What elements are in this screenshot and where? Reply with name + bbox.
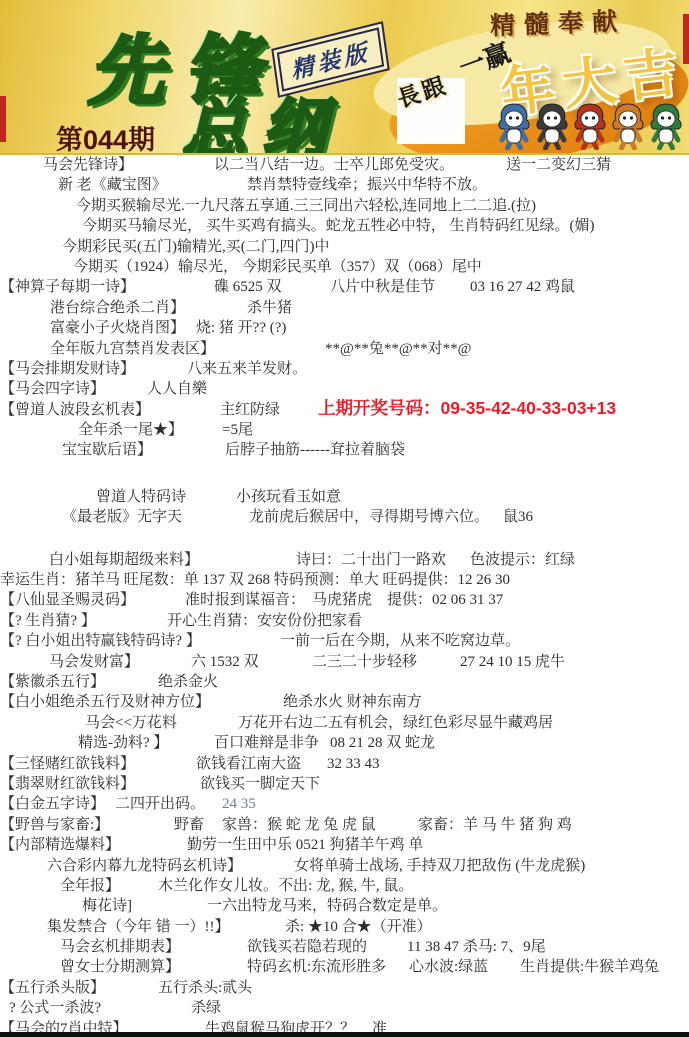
text-part: 杀绿 (191, 998, 221, 1018)
text-part: 杀: ★10 合★（开准） (285, 917, 432, 937)
body-line: 【三怪赌红欲钱料】欲钱看江南大盗32 33 43 (0, 754, 689, 774)
body-lines: 马会先锋诗】以二当八结一边。士卒儿郎免受灾。送一二变幻三猜新 老《藏宝图》禁肖禁… (0, 155, 689, 1037)
text-part: 野畜 (174, 815, 204, 835)
body-line: 全年报】木兰化作女儿妆。不出: 龙, 猴, 牛, 鼠。 (0, 876, 689, 896)
fuwa-red-mascot-icon (573, 102, 607, 150)
text-part: 32 33 43 (327, 754, 380, 774)
text-part: 生肖提供:牛猴羊鸡兔 (520, 957, 659, 977)
text-part: 【神算子每期一诗】 (0, 277, 135, 297)
body-line: 精选-劲料? 】百口难辩是非争08 21 28 双 蛇龙 (0, 733, 689, 753)
body-line: 马会<<万花料万花开右边二五有机会，绿红色彩尽显牛藏鸡居 (0, 713, 689, 733)
text-part: 百口难辩是非争 (214, 733, 319, 753)
text-part: 欲钱买一脚定天下 (200, 774, 320, 794)
text-part: 马会玄机排期表】 (60, 937, 180, 957)
fuwa-orange-mascot-icon (611, 102, 645, 150)
text-part: 六 1532 双 (191, 652, 259, 672)
text-part: 绝杀水火 财神东南方 (283, 692, 422, 712)
text-part: 提供：02 06 31 37 (387, 590, 503, 610)
text-part: 【内部精选爆料】 (0, 835, 120, 855)
body-line: ? 公式一杀波?杀绿 (0, 998, 689, 1018)
text-part: 鼠36 (503, 507, 533, 527)
text-part: 马会<<万花料 (85, 713, 177, 733)
slogan-text: 精髓奉献 (489, 2, 626, 43)
body-line: 马会先锋诗】以二当八结一边。士卒儿郎免受灾。送一二变幻三猜 (0, 155, 689, 175)
body-line: 【五行杀头版】五行杀头:贰头 (0, 978, 689, 998)
text-part: 今期买猴输尽光.一九尺落五享通.三三同出六轻松,连同地上二二追.(拉) (76, 196, 536, 216)
text-part: 特码玄机:东流形胜多 (247, 957, 386, 977)
body-line: 【内部精选爆料】勤劳一生田中乐 0521 狗猪羊午鸡 单 (0, 835, 689, 855)
text-part: 24 35 (222, 794, 256, 814)
issue-number: 第044期 (56, 118, 155, 155)
text-part: 马会先锋诗】 (43, 155, 133, 175)
text-part: 人人自樂 (147, 379, 207, 399)
body-line: 《最老版》无字天龙前虎后猴居中，寻得期号博六位。鼠36 (0, 507, 689, 527)
text-part: 后脖子抽筋------耷拉着脑袋 (225, 440, 405, 460)
text-part: ? 公式一杀波? (9, 998, 101, 1018)
mascots-row (497, 102, 683, 150)
previous-draw-numbers: 上期开奖号码：09-35-42-40-33-03+13 (318, 398, 616, 418)
text-part: 03 16 27 42 鸡鼠 (470, 277, 575, 297)
text-part: 【白小姐绝杀五行及财神方位】 (0, 692, 210, 712)
text-part: 女将单骑士战场, 手持双刀把敌伤 (牛龙虎猴) (294, 856, 585, 876)
text-part: 梅花诗] (82, 896, 132, 916)
text-part: 全年版九宫禁肖发表区】 (50, 339, 215, 359)
text-part: 龙前虎后猴居中，寻得期号博六位。 (249, 507, 489, 527)
fuwa-panda-mascot-icon (535, 102, 569, 150)
text-part: 港台综合绝杀二肖】 (50, 298, 185, 318)
body-line: 今期买猴输尽光.一九尺落五享通.三三同出六轻松,连同地上二二追.(拉) (0, 196, 689, 216)
text-part: 今期彩民买(五门)输精光,买(二门,四门)中 (62, 237, 329, 257)
body-line: 曾女士分期测算】特码玄机:东流形胜多心水波:绿蓝生肖提供:牛猴羊鸡兔 (0, 957, 689, 977)
text-part: 禁肖禁特壹线牵；振兴中华特不放。 (247, 175, 487, 195)
body-line: 【马会四字诗】人人自樂 (0, 379, 689, 399)
text-part: 【马会排期发财诗】 (0, 359, 135, 379)
text-part: 欲钱买若隐若现的 (247, 937, 367, 957)
text-part: 家畜：羊 马 牛 猪 狗 鸡 (418, 815, 572, 835)
text-part: 准时报到谋福音： (185, 590, 305, 610)
body-line: 【白金五字诗】二四开出码。24 35 (0, 794, 689, 814)
text-part: 五行杀头:贰头 (158, 978, 252, 998)
text-part: 杀牛猪 (247, 298, 292, 318)
text-part: 今期买（1924）输尽光， 今期彩民买单（357）双（068）尾中 (73, 257, 482, 277)
text-part: 色波提示：红绿 (470, 550, 575, 570)
body-line: 今期买马输尽光， 买牛买鸡有搞头。蛇龙五牲必中特， 生肖特码红见绿。(媚) (0, 216, 689, 236)
body-line: 【马会排期发财诗】八来五来羊发财。 (0, 359, 689, 379)
text-part: 【紫徽杀五行】 (0, 672, 105, 692)
text-part: 以二当八结一边。士卒儿郎免受灾。 (214, 155, 454, 175)
body-line: 幸运生肖：猪羊马 旺尾数：单 137 双 268 特码预测：单大 旺码提供：12… (0, 570, 689, 590)
bottom-black-bar (0, 1032, 689, 1037)
text-part: 白小姐每期超级来料】 (49, 550, 199, 570)
text-part: 八来五来羊发财。 (187, 359, 307, 379)
text-part: 开心生肖猜：安安份份把家看 (167, 611, 362, 631)
body-line: 港台综合绝杀二肖】杀牛猪 (0, 298, 689, 318)
body-line: 全年杀一尾★】=5尾 (0, 420, 689, 440)
text-part: 万花开右边二五有机会，绿红色彩尽显牛藏鸡居 (238, 713, 553, 733)
text-part: 家兽：猴 蛇 龙 兔 虎 鼠 (222, 815, 376, 835)
text-part: 【马会四字诗】 (0, 379, 105, 399)
body-line: 【翡翠财红欲钱料】欲钱买一脚定天下 (0, 774, 689, 794)
text-part: 【三怪赌红欲钱料】 (0, 754, 135, 774)
text-part: 曾女士分期测算】 (60, 957, 180, 977)
body-line: 【? 白小姐出特赢钱特码诗? 】一前一后在今期，从来不吃窝边草。 (0, 631, 689, 651)
masthead-title-line2: 总纲 (182, 78, 342, 155)
body-line: 马会发财富】六 1532 双二三二十步轻移27 24 10 15 虎牛 (0, 652, 689, 672)
body-line: 白小姐每期超级来料】诗曰：二十出门一路欢色波提示：红绿 (0, 550, 689, 570)
body-line: 【神算子每期一诗】磼 6525 双八片中秋是佳节03 16 27 42 鸡鼠 (0, 277, 689, 297)
text-part: 曾道人特码诗 (96, 487, 186, 507)
text-part: 全年杀一尾★】 (78, 420, 183, 440)
text-part: 磼 6525 双 (214, 277, 282, 297)
text-part: 烧: 猪 开?? (?) (196, 318, 286, 338)
text-part: 08 21 28 双 蛇龙 (330, 733, 435, 753)
text-part: 勤劳一生田中乐 0521 狗猪羊午鸡 单 (187, 835, 423, 855)
text-part: =5尾 (222, 420, 253, 440)
text-part: 一六出特龙马来，特码合数定是单。 (207, 896, 447, 916)
body-line: 【曾道人波段玄机表】主红防绿上期开奖号码：09-35-42-40-33-03+1… (0, 400, 689, 420)
text-part: 新 老《藏宝图》 (58, 175, 167, 195)
text-part: 【? 白小姐出特赢钱特码诗? 】 (0, 631, 201, 651)
text-part: 【野兽与家畜:】 (0, 815, 109, 835)
text-part: 六合彩内幕九龙特码玄机诗】 (47, 856, 242, 876)
text-part: 马会发财富】 (49, 652, 139, 672)
text-part: 今期买马输尽光， 买牛买鸡有搞头。蛇龙五牲必中特， 生肖特码红见绿。(媚) (82, 216, 595, 236)
text-part: 精选-劲料? 】 (78, 733, 168, 753)
text-part: 欲钱看江南大盗 (196, 754, 301, 774)
text-part: 《最老版》无字天 (62, 507, 182, 527)
text-part: 全年报】 (60, 876, 120, 896)
text-part: 一前一后在今期，从来不吃窝边草。 (280, 631, 520, 651)
text-part: 送一二变幻三猜 (506, 155, 611, 175)
text-part: 心水波:绿蓝 (409, 957, 488, 977)
text-part: 27 24 10 15 虎牛 (460, 652, 565, 672)
text-part: 主红防绿 (220, 400, 280, 420)
right-edge-red-mark (683, 14, 689, 64)
text-part: 木兰化作女儿妆。不出: 龙, 猴, 牛, 鼠。 (158, 876, 413, 896)
text-part: 绝杀金火 (158, 672, 218, 692)
body-line: 【白小姐绝杀五行及财神方位】绝杀水火 财神东南方 (0, 692, 689, 712)
text-part: 宝宝歇后语】 (62, 440, 152, 460)
body-line: 今期买（1924）输尽光， 今期彩民买单（357）双（068）尾中 (0, 257, 689, 277)
text-part: 诗曰：二十出门一路欢 (296, 550, 446, 570)
text-part: 【五行杀头版】 (0, 978, 105, 998)
text-part: 【八仙显圣赐灵码】 (0, 590, 135, 610)
text-part: 二三二十步轻移 (312, 652, 417, 672)
text-part: 集发禁合（今年 错 一）!!】 (47, 917, 230, 937)
text-part: 【翡翠财红欲钱料】 (0, 774, 135, 794)
text-part: 八片中秋是佳节 (330, 277, 435, 297)
body-line: 曾道人特码诗小孩玩看玉如意 (0, 487, 689, 507)
body-line: 集发禁合（今年 错 一）!!】杀: ★10 合★（开准） (0, 917, 689, 937)
body-line: 六合彩内幕九龙特码玄机诗】女将单骑士战场, 手持双刀把敌伤 (牛龙虎猴) (0, 856, 689, 876)
body-line: 富豪小子火烧肖图】烧: 猪 开?? (?) (0, 318, 689, 338)
text-part: 【曾道人波段玄机表】 (0, 400, 150, 420)
text-part: 【白金五字诗】 (0, 794, 105, 814)
fuwa-blue-mascot-icon (497, 102, 531, 150)
body-line: 【? 生肖猜? 】开心生肖猜：安安份份把家看 (0, 611, 689, 631)
text-part: 马虎猪虎 (312, 590, 372, 610)
text-part: 【? 生肖猜? 】 (0, 611, 96, 631)
body-line: 马会玄机排期表】欲钱买若隐若现的11 38 47 杀马: 7、9尾 (0, 937, 689, 957)
body-line: 梅花诗]一六出特龙马来，特码合数定是单。 (0, 896, 689, 916)
body-line: 新 老《藏宝图》禁肖禁特壹线牵；振兴中华特不放。 (0, 175, 689, 195)
body-line: 今期彩民买(五门)输精光,买(二门,四门)中 (0, 237, 689, 257)
text-part: 二四开出码。 (115, 794, 205, 814)
left-edge-red-mark (0, 96, 6, 142)
body-line: 【八仙显圣赐灵码】准时报到谋福音：马虎猪虎提供：02 06 31 37 (0, 590, 689, 610)
text-part: 富豪小子火烧肖图】 (50, 318, 185, 338)
text-part: **@**兔**@**对**@ (325, 339, 471, 359)
fuwa-green-mascot-icon (649, 102, 683, 150)
tip-sheet-page: 年大吉 精髓奉献 一赢 長跟 先锋 总纲 精装版 第044期 马会先锋诗】以二当… (0, 0, 689, 1037)
body-line: 【野兽与家畜:】野畜家兽：猴 蛇 龙 兔 虎 鼠家畜：羊 马 牛 猪 狗 鸡 (0, 815, 689, 835)
body-line: 宝宝歇后语】后脖子抽筋------耷拉着脑袋 (0, 440, 689, 460)
text-part: 幸运生肖：猪羊马 旺尾数：单 137 双 268 特码预测：单大 旺码提供：12… (0, 570, 510, 590)
text-part: 小孩玩看玉如意 (236, 487, 341, 507)
masthead: 年大吉 精髓奉献 一赢 長跟 先锋 总纲 精装版 第044期 (0, 0, 689, 155)
body-line: 【紫徽杀五行】绝杀金火 (0, 672, 689, 692)
body-line: 全年版九宫禁肖发表区】**@**兔**@**对**@ (0, 339, 689, 359)
text-part: 11 38 47 杀马: 7、9尾 (407, 937, 546, 957)
